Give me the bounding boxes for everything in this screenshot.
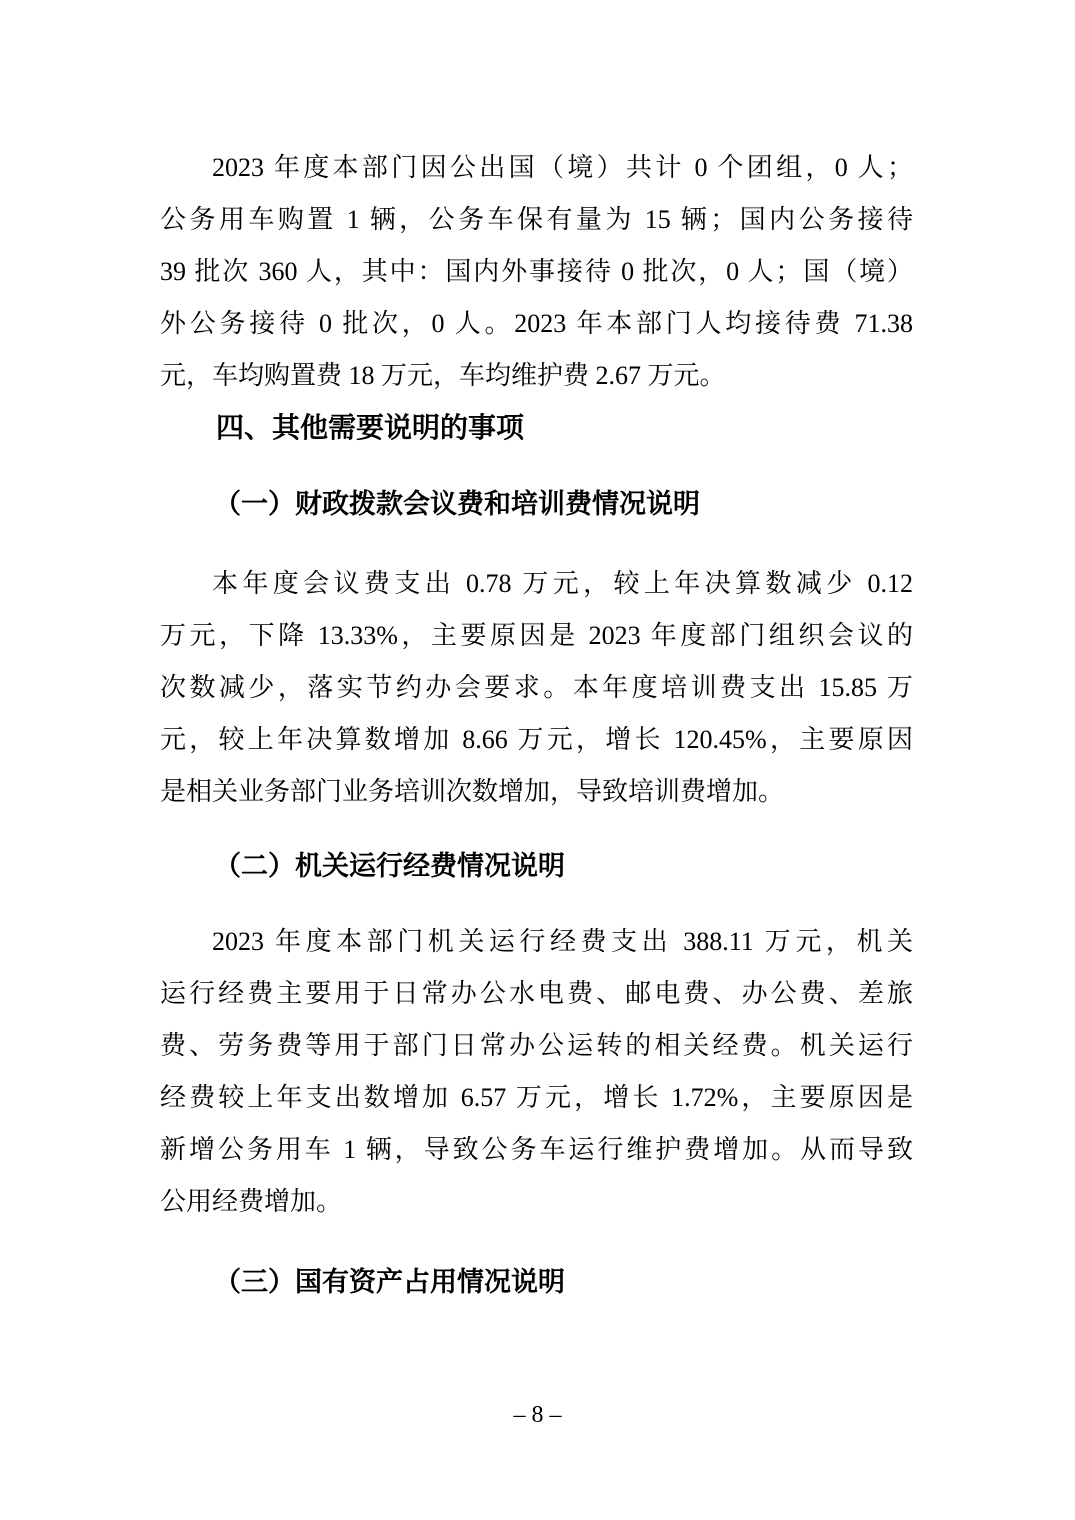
page-number: – 8 – <box>0 1395 1075 1435</box>
section-heading-other-items: 四、其他需要说明的事项 <box>160 402 913 454</box>
paragraph-line: 公用经费增加。 <box>160 1176 913 1228</box>
document-body: 2023 年度本部门因公出国（境）共计 0 个团组，0 人；公务用车购置 1 辆… <box>160 142 913 1308</box>
paragraph-line: 公务用车购置 1 辆，公务车保有量为 15 辆；国内公务接待 <box>160 194 913 246</box>
paragraph-line: 2023 年度本部门因公出国（境）共计 0 个团组，0 人； <box>160 142 913 194</box>
paragraph-operating-funds: 2023 年度本部门机关运行经费支出 388.11 万元，机关运行经费主要用于日… <box>160 916 913 1228</box>
paragraph-line: 2023 年度本部门机关运行经费支出 388.11 万元，机关 <box>160 916 913 968</box>
paragraph-line: 万元，下降 13.33%，主要原因是 2023 年度部门组织会议的 <box>160 610 913 662</box>
paragraph-line: 费、劳务费等用于部门日常办公运转的相关经费。机关运行 <box>160 1020 913 1072</box>
document-page: 2023 年度本部门因公出国（境）共计 0 个团组，0 人；公务用车购置 1 辆… <box>0 0 1075 1520</box>
paragraph-line: 元，车均购置费 18 万元，车均维护费 2.67 万元。 <box>160 350 913 402</box>
paragraph-line: 元，较上年决算数增加 8.66 万元，增长 120.45%，主要原因 <box>160 714 913 766</box>
paragraph-meeting-training-fees: 本年度会议费支出 0.78 万元，较上年决算数减少 0.12万元，下降 13.3… <box>160 558 913 818</box>
subsection-heading-operating-funds: （二）机关运行经费情况说明 <box>160 840 913 892</box>
subsection-heading-state-assets: （三）国有资产占用情况说明 <box>160 1256 913 1308</box>
paragraph-line: 39 批次 360 人，其中：国内外事接待 0 批次，0 人；国（境） <box>160 246 913 298</box>
paragraph-travel-expenses: 2023 年度本部门因公出国（境）共计 0 个团组，0 人；公务用车购置 1 辆… <box>160 142 913 402</box>
paragraph-line: 是相关业务部门业务培训次数增加，导致培训费增加。 <box>160 766 913 818</box>
paragraph-line: 次数减少，落实节约办会要求。本年度培训费支出 15.85 万 <box>160 662 913 714</box>
paragraph-line: 本年度会议费支出 0.78 万元，较上年决算数减少 0.12 <box>160 558 913 610</box>
paragraph-line: 新增公务用车 1 辆，导致公务车运行维护费增加。从而导致 <box>160 1124 913 1176</box>
paragraph-line: 运行经费主要用于日常办公水电费、邮电费、办公费、差旅 <box>160 968 913 1020</box>
subsection-heading-meeting-training-fees: （一）财政拨款会议费和培训费情况说明 <box>160 478 913 530</box>
paragraph-line: 外公务接待 0 批次，0 人。2023 年本部门人均接待费 71.38 <box>160 298 913 350</box>
paragraph-line: 经费较上年支出数增加 6.57 万元，增长 1.72%，主要原因是 <box>160 1072 913 1124</box>
